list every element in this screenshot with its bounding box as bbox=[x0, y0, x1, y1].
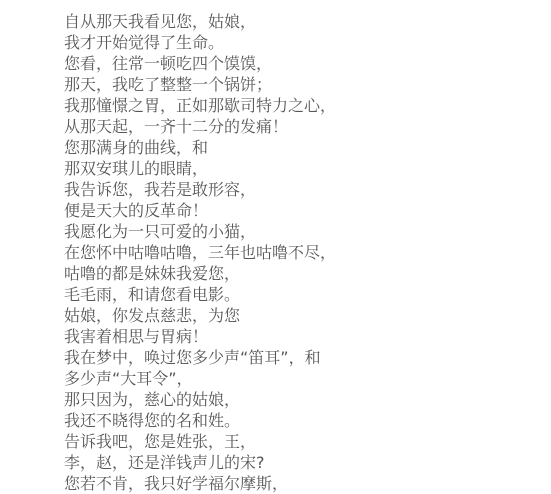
poem-line: 自从那天我看见您，姑娘， bbox=[64, 11, 551, 32]
poem-document: 自从那天我看见您，姑娘， 我才开始觉得了生命。 您看，往常一顿吃四个馍馍， 那天… bbox=[0, 0, 551, 494]
poem-line: 告诉我吧，您是姓张，王， bbox=[64, 431, 551, 452]
poem-line: 我那憧憬之胃，正如那歇司特力之心， bbox=[64, 95, 551, 116]
poem-line: 毛毛雨，和请您看电影。 bbox=[64, 284, 551, 305]
poem-line: 从那天起，一齐十二分的发痛！ bbox=[64, 116, 551, 137]
poem-line: 多少声“大耳令”， bbox=[64, 368, 551, 389]
poem-line: 李，赵，还是洋钱声儿的宋? bbox=[64, 452, 551, 473]
poem-line: 那只因为，慈心的姑娘， bbox=[64, 389, 551, 410]
poem-line: 我还不晓得您的名和姓。 bbox=[64, 410, 551, 431]
poem-line: 我愿化为一只可爱的小猫， bbox=[64, 221, 551, 242]
poem-line: 我告诉您，我若是敢形容， bbox=[64, 179, 551, 200]
poem-line: 我才开始觉得了生命。 bbox=[64, 32, 551, 53]
poem-line: 在您怀中咕噜咕噜，三年也咕噜不尽， bbox=[64, 242, 551, 263]
poem-line: 您那满身的曲线，和 bbox=[64, 137, 551, 158]
poem-line: 那天，我吃了整整一个锅饼； bbox=[64, 74, 551, 95]
poem-line: 您若不肯，我只好学福尔摩斯， bbox=[64, 473, 551, 494]
poem-line: 便是天大的反革命！ bbox=[64, 200, 551, 221]
poem-line: 我害着相思与胃病！ bbox=[64, 326, 551, 347]
poem-line: 姑娘，你发点慈悲，为您 bbox=[64, 305, 551, 326]
poem-line: 那双安琪儿的眼睛， bbox=[64, 158, 551, 179]
poem-line: 您看，往常一顿吃四个馍馍， bbox=[64, 53, 551, 74]
poem-line: 我在梦中，唤过您多少声“笛耳”，和 bbox=[64, 347, 551, 368]
poem-line: 咕噜的都是妹妹我爱您， bbox=[64, 263, 551, 284]
